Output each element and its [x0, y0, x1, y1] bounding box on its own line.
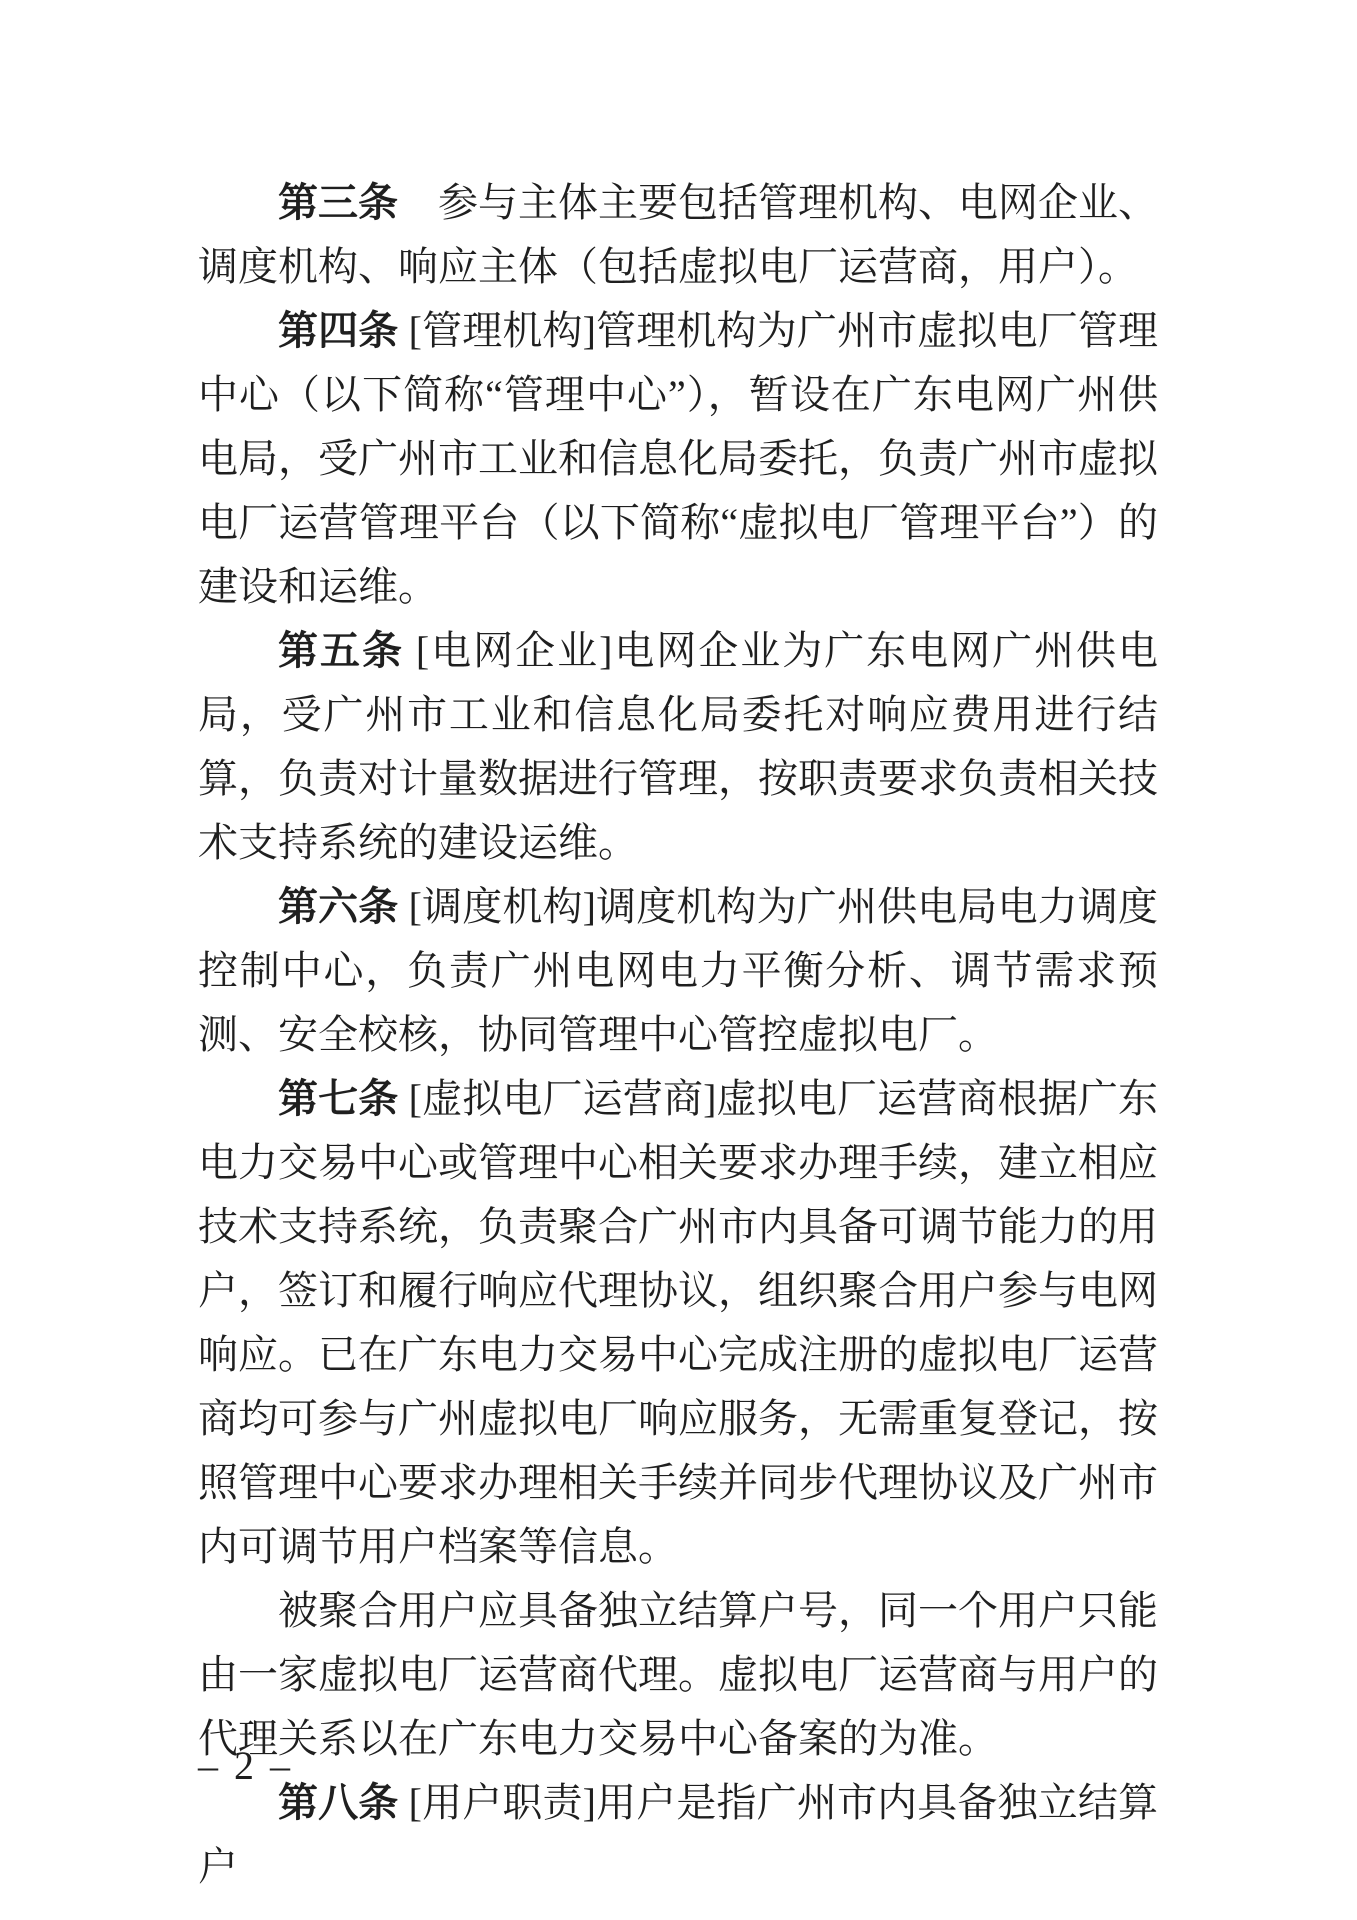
article-paragraph: 第四条 [管理机构]管理机构为广州市虚拟电厂管理中心（以下简称“管理中心”），暂…: [198, 299, 1158, 619]
article-number-label: 第三条: [278, 180, 398, 225]
document-page: 第三条 参与主体主要包括管理机构、电网企业、调度机构、响应主体（包括虚拟电厂运营…: [0, 0, 1357, 1920]
article-number-label: 第四条: [278, 308, 398, 353]
article-paragraph: 第五条 [电网企业]电网企业为广东电网广州供电局，受广州市工业和信息化局委托对响…: [198, 619, 1158, 875]
article-paragraph: 第三条 参与主体主要包括管理机构、电网企业、调度机构、响应主体（包括虚拟电厂运营…: [198, 171, 1158, 299]
article-body-text: [管理机构]管理机构为广州市虚拟电厂管理中心（以下简称“管理中心”），暂设在广东…: [198, 308, 1158, 609]
article-body-text: 被聚合用户应具备独立结算户号，同一个用户只能由一家虚拟电厂运营商代理。虚拟电厂运…: [198, 1588, 1158, 1761]
article-paragraph: 被聚合用户应具备独立结算户号，同一个用户只能由一家虚拟电厂运营商代理。虚拟电厂运…: [198, 1579, 1158, 1771]
article-body-text: [虚拟电厂运营商]虚拟电厂运营商根据广东电力交易中心或管理中心相关要求办理手续，…: [198, 1076, 1158, 1569]
document-body: 第三条 参与主体主要包括管理机构、电网企业、调度机构、响应主体（包括虚拟电厂运营…: [198, 171, 1158, 1899]
article-paragraph: 第七条 [虚拟电厂运营商]虚拟电厂运营商根据广东电力交易中心或管理中心相关要求办…: [198, 1067, 1158, 1579]
article-paragraph: 第六条 [调度机构]调度机构为广州供电局电力调度控制中心，负责广州电网电力平衡分…: [198, 875, 1158, 1067]
article-number-label: 第六条: [278, 884, 398, 929]
page-number: – 2 –: [198, 1744, 293, 1788]
article-number-label: 第五条: [278, 628, 404, 673]
article-paragraph: 第八条 [用户职责]用户是指广州市内具备独立结算户: [198, 1771, 1158, 1899]
article-number-label: 第八条: [278, 1780, 398, 1825]
article-number-label: 第七条: [278, 1076, 398, 1121]
